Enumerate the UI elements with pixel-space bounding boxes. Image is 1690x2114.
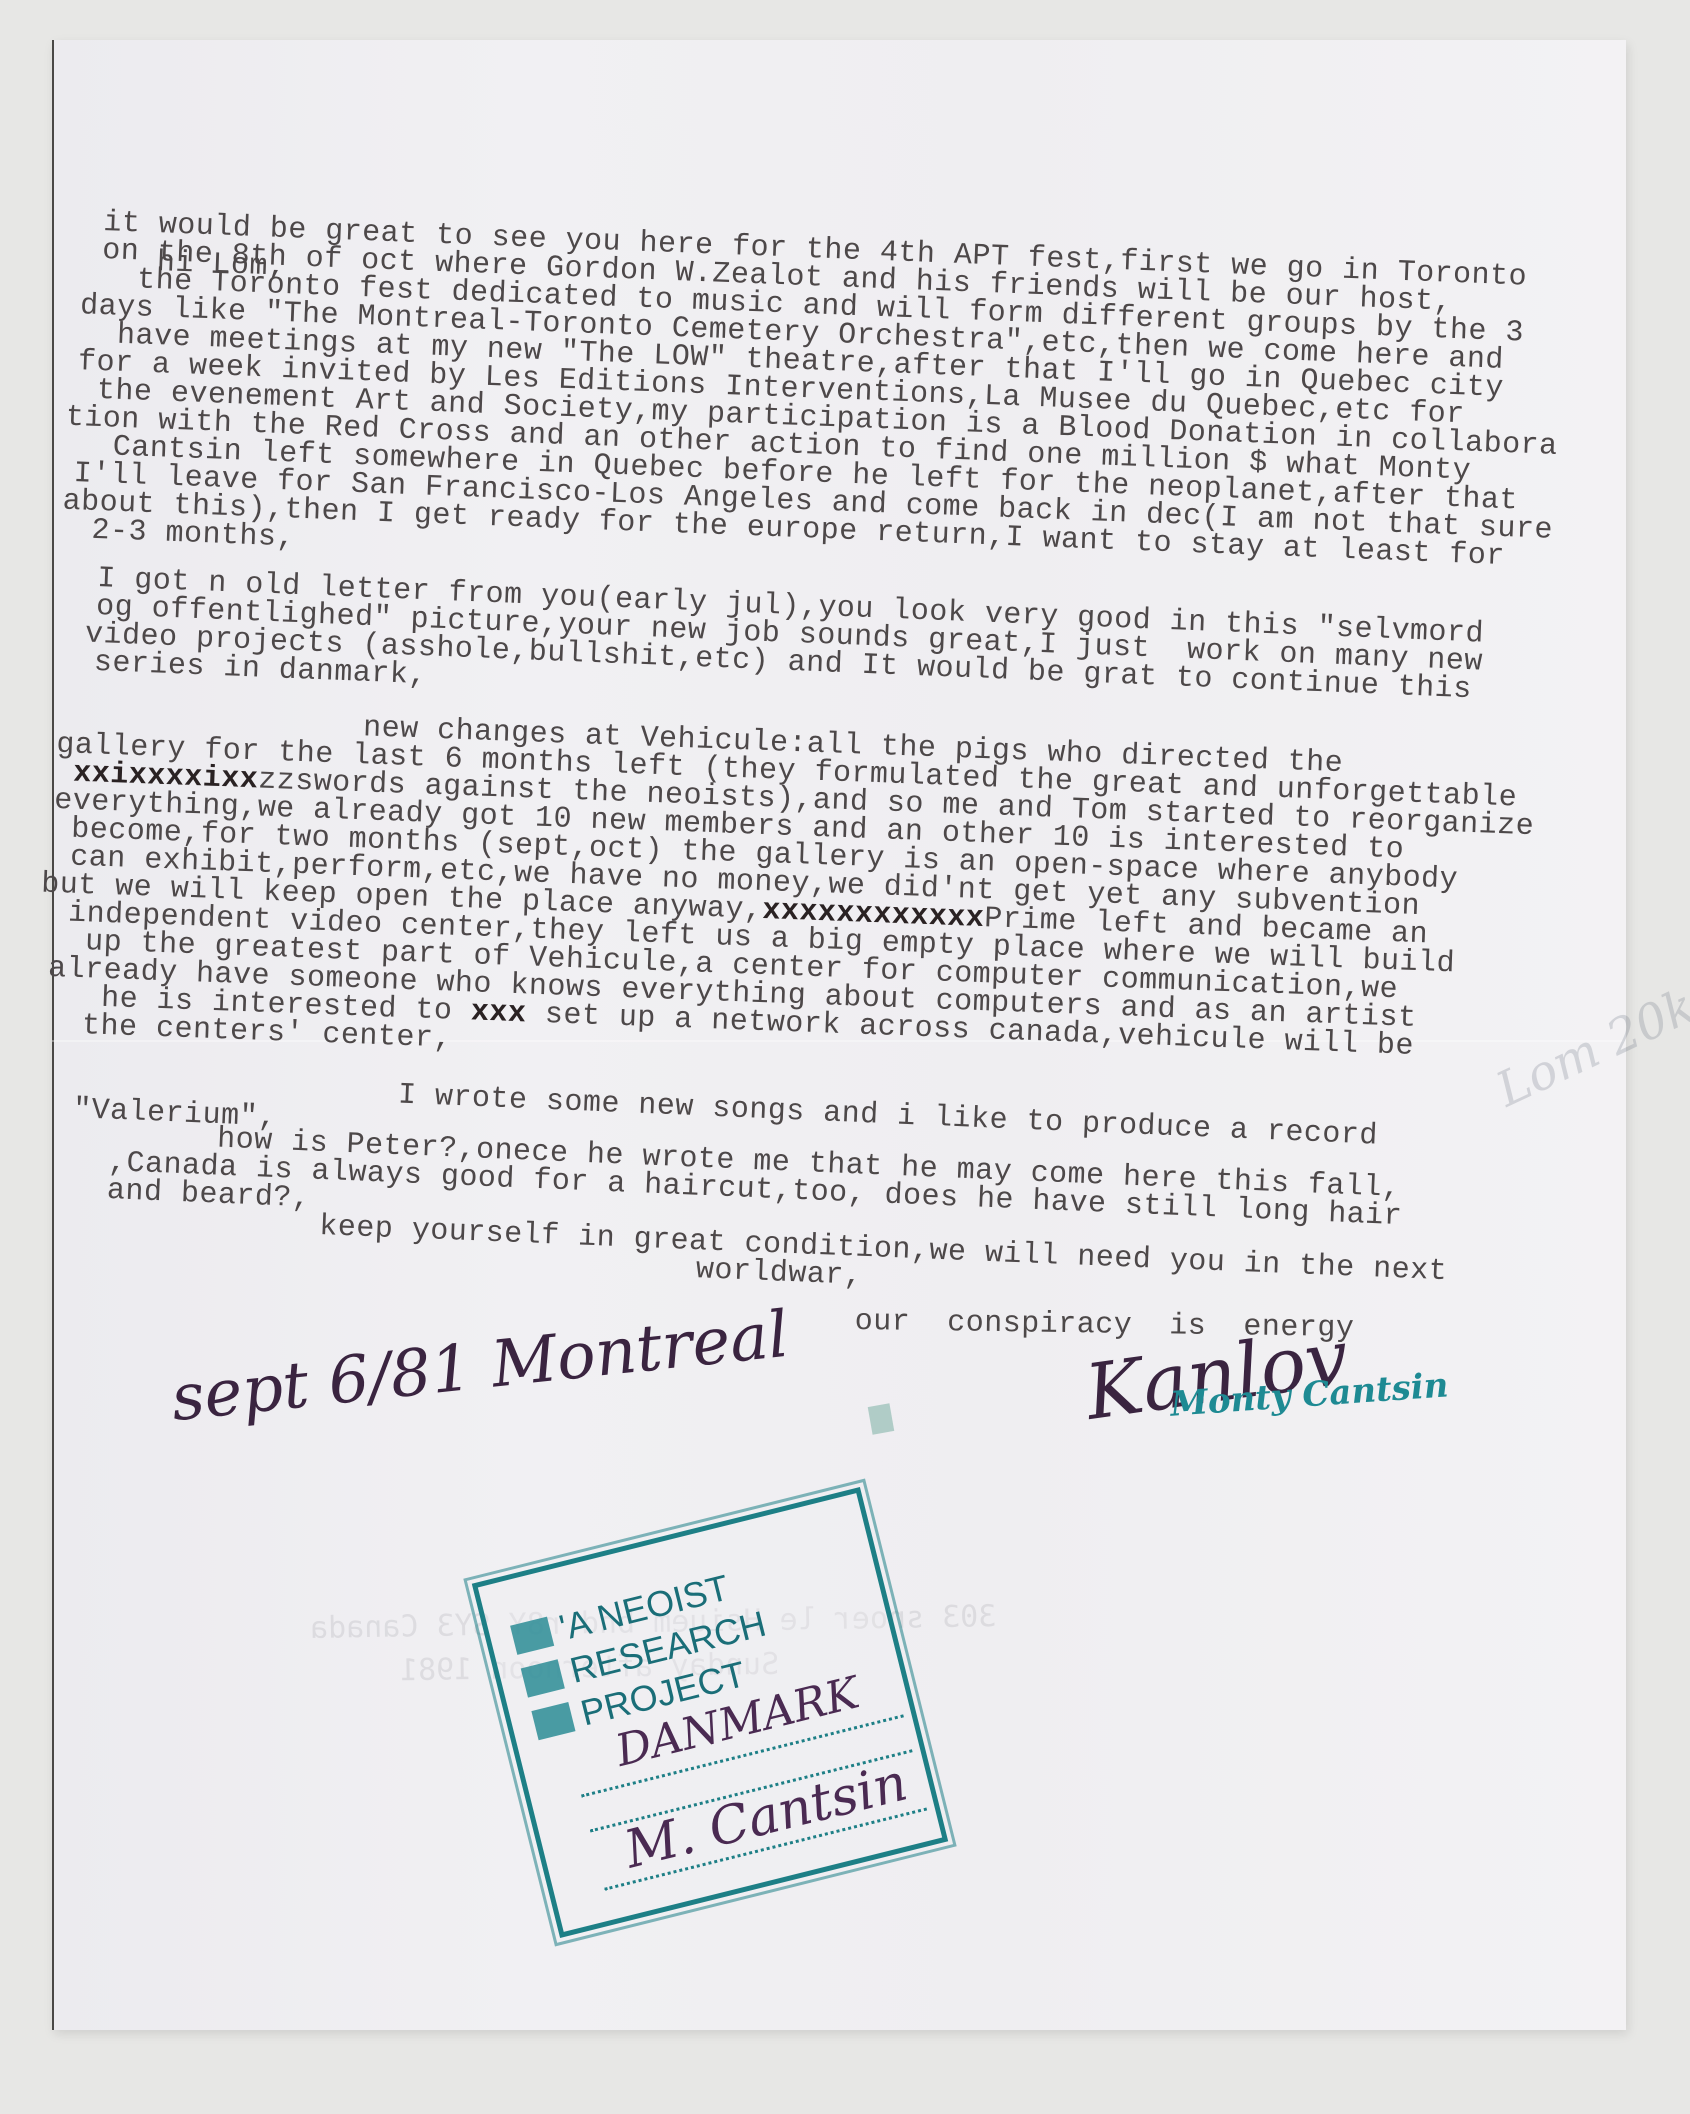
- stamp-square-icon: [510, 1617, 554, 1655]
- stamp-square-icon: [531, 1702, 575, 1740]
- stamp-square-icon: [521, 1659, 565, 1697]
- paragraph-apt-fest: it would be great to see you here for th…: [91, 206, 1565, 598]
- struck-out-text: xxx: [470, 995, 527, 1031]
- ink-blot: [868, 1403, 895, 1434]
- paragraph-vehicule-changes: new changes at Vehicule:all the pigs who…: [46, 700, 1537, 1090]
